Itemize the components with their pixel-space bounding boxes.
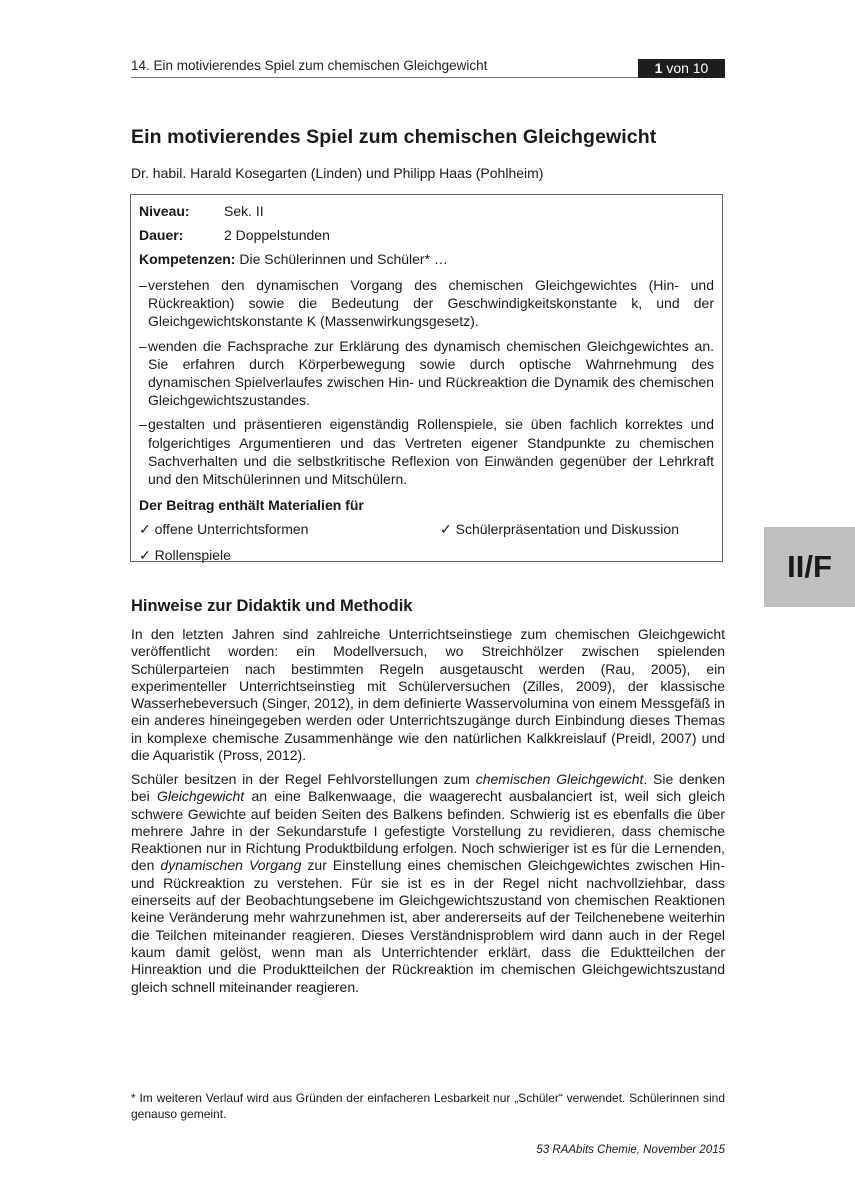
page-indicator: 1 von 10 [638, 59, 725, 78]
document-title: Ein motivierendes Spiel zum chemischen G… [131, 126, 656, 149]
header-rule [131, 77, 725, 78]
material-item: ✓ Rollenspiele [139, 547, 231, 563]
page-current: 1 [655, 60, 663, 76]
materials-row: ✓ offene Unterrichtsformen ✓ Schülerpräs… [139, 516, 714, 542]
info-box: Niveau:Sek. II Dauer:2 Doppelstunden Kom… [130, 194, 723, 562]
dash-icon: – [139, 337, 147, 355]
checkmark-icon: ✓ [139, 521, 151, 537]
page-total: von 10 [666, 60, 708, 76]
competency-item: –verstehen den dynamischen Vorgang des c… [139, 276, 714, 331]
paragraph-1: In den letzten Jahren sind zahlreiche Un… [131, 626, 725, 764]
niveau-value: Sek. II [224, 203, 264, 219]
dauer-row: Dauer:2 Doppelstunden [139, 224, 714, 248]
footnote: * Im weiteren Verlauf wird aus Gründen d… [131, 1090, 725, 1122]
kompetenzen-label: Kompetenzen: [139, 251, 235, 267]
dauer-label: Dauer: [139, 224, 224, 246]
checkmark-icon: ✓ [139, 547, 151, 563]
dash-icon: – [139, 276, 147, 294]
dash-icon: – [139, 415, 147, 433]
niveau-row: Niveau:Sek. II [139, 200, 714, 224]
material-item: ✓ Schülerpräsentation und Diskussion [440, 516, 679, 542]
competency-item: –gestalten und präsentieren eigenständig… [139, 415, 714, 488]
kompetenzen-intro: Die Schülerinnen und Schüler* … [235, 251, 447, 267]
paragraph-2: Schüler besitzen in der Regel Fehlvorste… [131, 771, 725, 996]
kompetenzen-row: Kompetenzen: Die Schülerinnen und Schüle… [139, 248, 714, 272]
running-header-title: 14. Ein motivierendes Spiel zum chemisch… [131, 58, 487, 73]
competency-item: –wenden die Fachsprache zur Erklärung de… [139, 337, 714, 410]
section-heading: Hinweise zur Didaktik und Methodik [131, 597, 412, 616]
materials-row: ✓ Rollenspiele [139, 542, 714, 568]
section-tab: II/F [764, 527, 855, 607]
authors: Dr. habil. Harald Kosegarten (Linden) un… [131, 165, 543, 181]
publication-footer: 53 RAAbits Chemie, November 2015 [536, 1144, 725, 1156]
dauer-value: 2 Doppelstunden [224, 227, 330, 243]
checkmark-icon: ✓ [440, 521, 452, 537]
material-item: ✓ offene Unterrichtsformen [139, 521, 308, 537]
niveau-label: Niveau: [139, 200, 224, 222]
materials-heading: Der Beitrag enthält Materialien für [139, 494, 714, 516]
